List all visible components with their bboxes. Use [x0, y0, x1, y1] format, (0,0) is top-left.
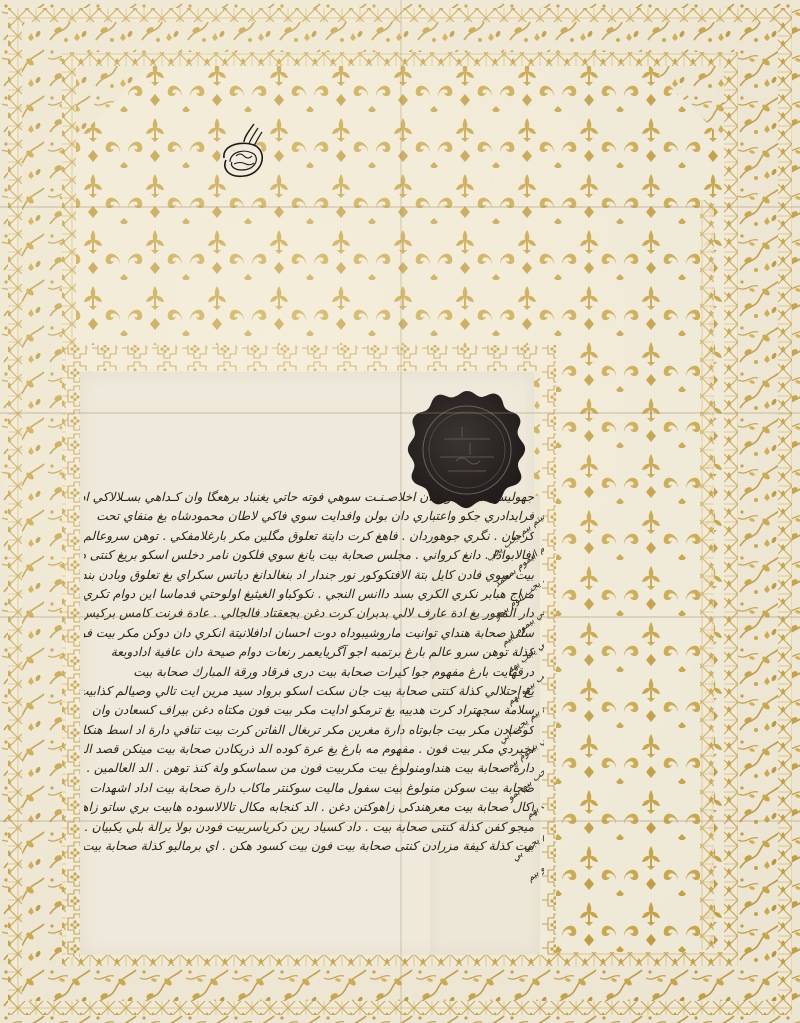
tughra-monogram-icon [214, 118, 274, 182]
fold-crease [400, 0, 402, 1023]
marginal-diagonal-text: بهم ابي بمرو بيم اميا بميتم بيم يجب يجب … [424, 505, 544, 955]
manuscript-sheet: جهوليس سورة تولـدان اخلاصـنـت سوهي فوته … [0, 0, 800, 1023]
margin-line: بهم ابي بمرو [424, 505, 544, 588]
